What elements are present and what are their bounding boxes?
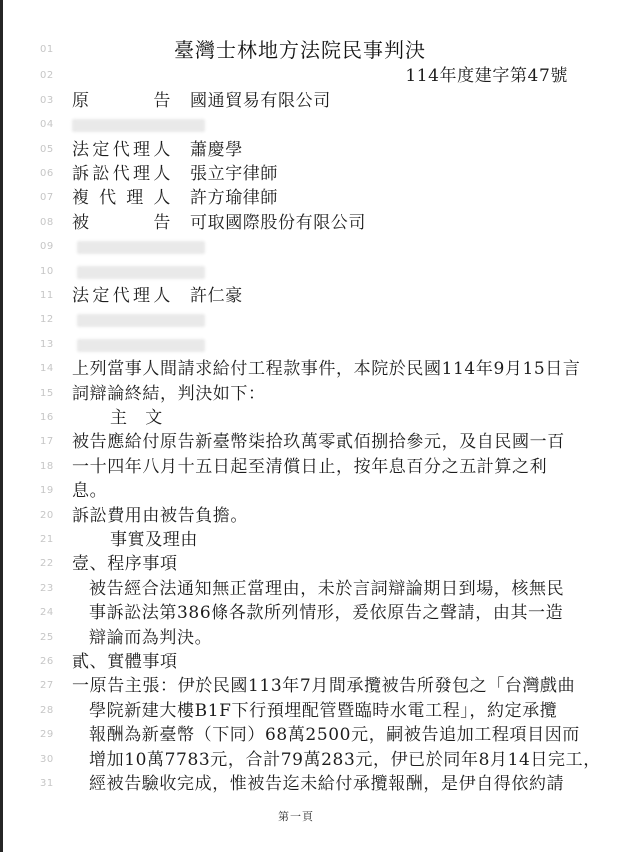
- body-line: 28 學院新建大樓B1F下行預埋配管暨臨時水電工程」，約定承攬: [0, 700, 620, 722]
- line-number: 24: [40, 607, 54, 618]
- line-number: 26: [40, 656, 54, 667]
- body-text: 一十四年八月十五日起至清償日止，按年息百分之五計算之利: [72, 456, 568, 478]
- line-number: 02: [40, 70, 54, 81]
- case-number-line: 02 114年度建字第47號: [0, 65, 620, 87]
- body-line: 31 經被告驗收完成，惟被告迄未給付承攬報酬，是伊自得依約請: [0, 773, 620, 795]
- redaction-bar: [77, 339, 205, 352]
- body-text: 上列當事人間請求給付工程款事件，本院於民國114年9月15日言: [72, 358, 568, 380]
- party-role-label: 法定代理人: [72, 285, 171, 307]
- redaction-bar: [77, 314, 205, 327]
- body-line: 27 一原告主張：伊於民國113年7月間承攬被告所發包之「台灣戲曲: [0, 675, 620, 697]
- line-number: 21: [40, 534, 54, 545]
- body-line: 17 被告應給付原告新臺幣柒拾玖萬零貳佰捌拾參元，及自民國一百: [0, 431, 620, 453]
- body-line: 26 貳、實體事項: [0, 651, 620, 673]
- line-number: 29: [40, 729, 54, 740]
- redaction-bar: [77, 241, 205, 254]
- redacted-line: 12: [0, 309, 620, 331]
- line-number: 16: [40, 412, 54, 423]
- redaction-bar: [72, 119, 205, 132]
- party-name: 可取國際股份有限公司: [190, 213, 366, 233]
- line-number: 27: [40, 680, 54, 691]
- party-entry: 法定代理人許仁豪: [72, 285, 568, 307]
- party-name: 國通貿易有限公司: [190, 91, 331, 111]
- party-entry: 被告可取國際股份有限公司: [72, 212, 568, 234]
- body-line: 24 事訴訟法第386條各款所列情形，爰依原告之聲請，由其一造: [0, 602, 620, 624]
- page-footer: 第一頁: [0, 808, 592, 824]
- body-text: 息。: [72, 480, 568, 502]
- section-heading: 主 文: [72, 407, 606, 429]
- line-number: 09: [40, 241, 54, 252]
- title-line: 01 臺灣士林地方法院民事判決: [0, 39, 620, 61]
- redacted-line: 13: [0, 334, 620, 356]
- body-text: 學院新建大樓B1F下行預埋配管暨臨時水電工程」，約定承攬: [72, 700, 585, 722]
- line-number: 22: [40, 558, 54, 569]
- party-entry: 複代理人許方瑜律師: [72, 187, 568, 209]
- section-heading-main-text: 16 主 文: [0, 407, 620, 429]
- body-text: 報酬為新臺幣（下同）68萬2500元，嗣被告追加工程項目因而: [72, 724, 585, 746]
- line-number: 01: [40, 44, 54, 55]
- party-name: 蕭慶學: [190, 140, 243, 160]
- line-number: 25: [40, 632, 54, 643]
- party-entry: 訴訟代理人張立宇律師: [72, 163, 568, 185]
- party-line-plaintiff: 03 原告國通貿易有限公司: [0, 90, 620, 112]
- line-number: 08: [40, 217, 54, 228]
- body-text: 訴訟費用由被告負擔。: [72, 505, 568, 527]
- party-name: 許仁豪: [190, 286, 243, 306]
- line-number: 23: [40, 583, 54, 594]
- line-number: 10: [40, 266, 54, 277]
- line-number: 05: [40, 144, 54, 155]
- party-role-label: 原告: [72, 90, 171, 112]
- body-text: 增加10萬7783元，合計79萬283元，伊已於同年8月14日完工，: [72, 749, 585, 771]
- body-text: 一原告主張：伊於民國113年7月間承攬被告所發包之「台灣戲曲: [72, 675, 568, 697]
- party-line-defendant-legal-rep: 11 法定代理人許仁豪: [0, 285, 620, 307]
- party-entry: 原告國通貿易有限公司: [72, 90, 568, 112]
- line-number: 12: [40, 314, 54, 325]
- line-number: 30: [40, 754, 54, 765]
- body-text: 被告經合法通知無正當理由，未於言詞辯論期日到場，核無民: [72, 578, 585, 600]
- body-line: 19 息。: [0, 480, 620, 502]
- line-number: 31: [40, 778, 54, 789]
- party-name: 許方瑜律師: [190, 188, 278, 208]
- body-line: 25 辯論而為判決。: [0, 627, 620, 649]
- party-line-legal-rep: 05 法定代理人蕭慶學: [0, 139, 620, 161]
- section-heading-facts-reasons: 21 事實及理由: [0, 529, 620, 551]
- line-number: 03: [40, 95, 54, 106]
- body-line: 18 一十四年八月十五日起至清償日止，按年息百分之五計算之利: [0, 456, 620, 478]
- party-name: 張立宇律師: [190, 164, 278, 184]
- body-line: 30 增加10萬7783元，合計79萬283元，伊已於同年8月14日完工，: [0, 749, 620, 771]
- line-number: 28: [40, 705, 54, 716]
- body-text: 辯論而為判決。: [72, 627, 585, 649]
- body-line: 23 被告經合法通知無正當理由，未於言詞辯論期日到場，核無民: [0, 578, 620, 600]
- party-line-litigation-agent: 06 訴訟代理人張立宇律師: [0, 163, 620, 185]
- body-text: 事訴訟法第386條各款所列情形，爰依原告之聲請，由其一造: [72, 602, 585, 624]
- party-role-label: 複代理人: [72, 187, 171, 209]
- body-line: 14 上列當事人間請求給付工程款事件，本院於民國114年9月15日言: [0, 358, 620, 380]
- party-role-label: 法定代理人: [72, 139, 171, 161]
- body-text: 詞辯論終結，判決如下：: [72, 383, 568, 405]
- body-text: 經被告驗收完成，惟被告迄未給付承攬報酬，是伊自得依約請: [72, 773, 585, 795]
- document-title: 臺灣士林地方法院民事判決: [72, 39, 528, 61]
- party-role-label: 被告: [72, 212, 171, 234]
- case-number: 114年度建字第47號: [72, 65, 568, 87]
- line-number: 06: [40, 168, 54, 179]
- redacted-line: 10: [0, 261, 620, 283]
- line-number: 17: [40, 436, 54, 447]
- redaction-bar: [77, 266, 205, 279]
- party-entry: 法定代理人蕭慶學: [72, 139, 568, 161]
- party-line-defendant: 08 被告可取國際股份有限公司: [0, 212, 620, 234]
- body-text: 貳、實體事項: [72, 651, 568, 673]
- line-number: 04: [40, 119, 54, 130]
- line-number: 15: [40, 388, 54, 399]
- line-number: 13: [40, 339, 54, 350]
- section-heading: 事實及理由: [72, 529, 606, 551]
- redacted-line: 04: [0, 114, 620, 136]
- party-line-sub-agent: 07 複代理人許方瑜律師: [0, 187, 620, 209]
- party-role-label: 訴訟代理人: [72, 163, 171, 185]
- line-number: 14: [40, 363, 54, 374]
- line-number: 18: [40, 461, 54, 472]
- body-line: 29 報酬為新臺幣（下同）68萬2500元，嗣被告追加工程項目因而: [0, 724, 620, 746]
- line-number: 11: [40, 290, 54, 301]
- redacted-line: 09: [0, 236, 620, 258]
- line-number: 19: [40, 485, 54, 496]
- body-line: 20 訴訟費用由被告負擔。: [0, 505, 620, 527]
- body-text: 壹、程序事項: [72, 553, 568, 575]
- line-number: 20: [40, 510, 54, 521]
- body-text: 被告應給付原告新臺幣柒拾玖萬零貳佰捌拾參元，及自民國一百: [72, 431, 568, 453]
- body-line: 15 詞辯論終結，判決如下：: [0, 383, 620, 405]
- line-number: 07: [40, 192, 54, 203]
- body-line: 22 壹、程序事項: [0, 553, 620, 575]
